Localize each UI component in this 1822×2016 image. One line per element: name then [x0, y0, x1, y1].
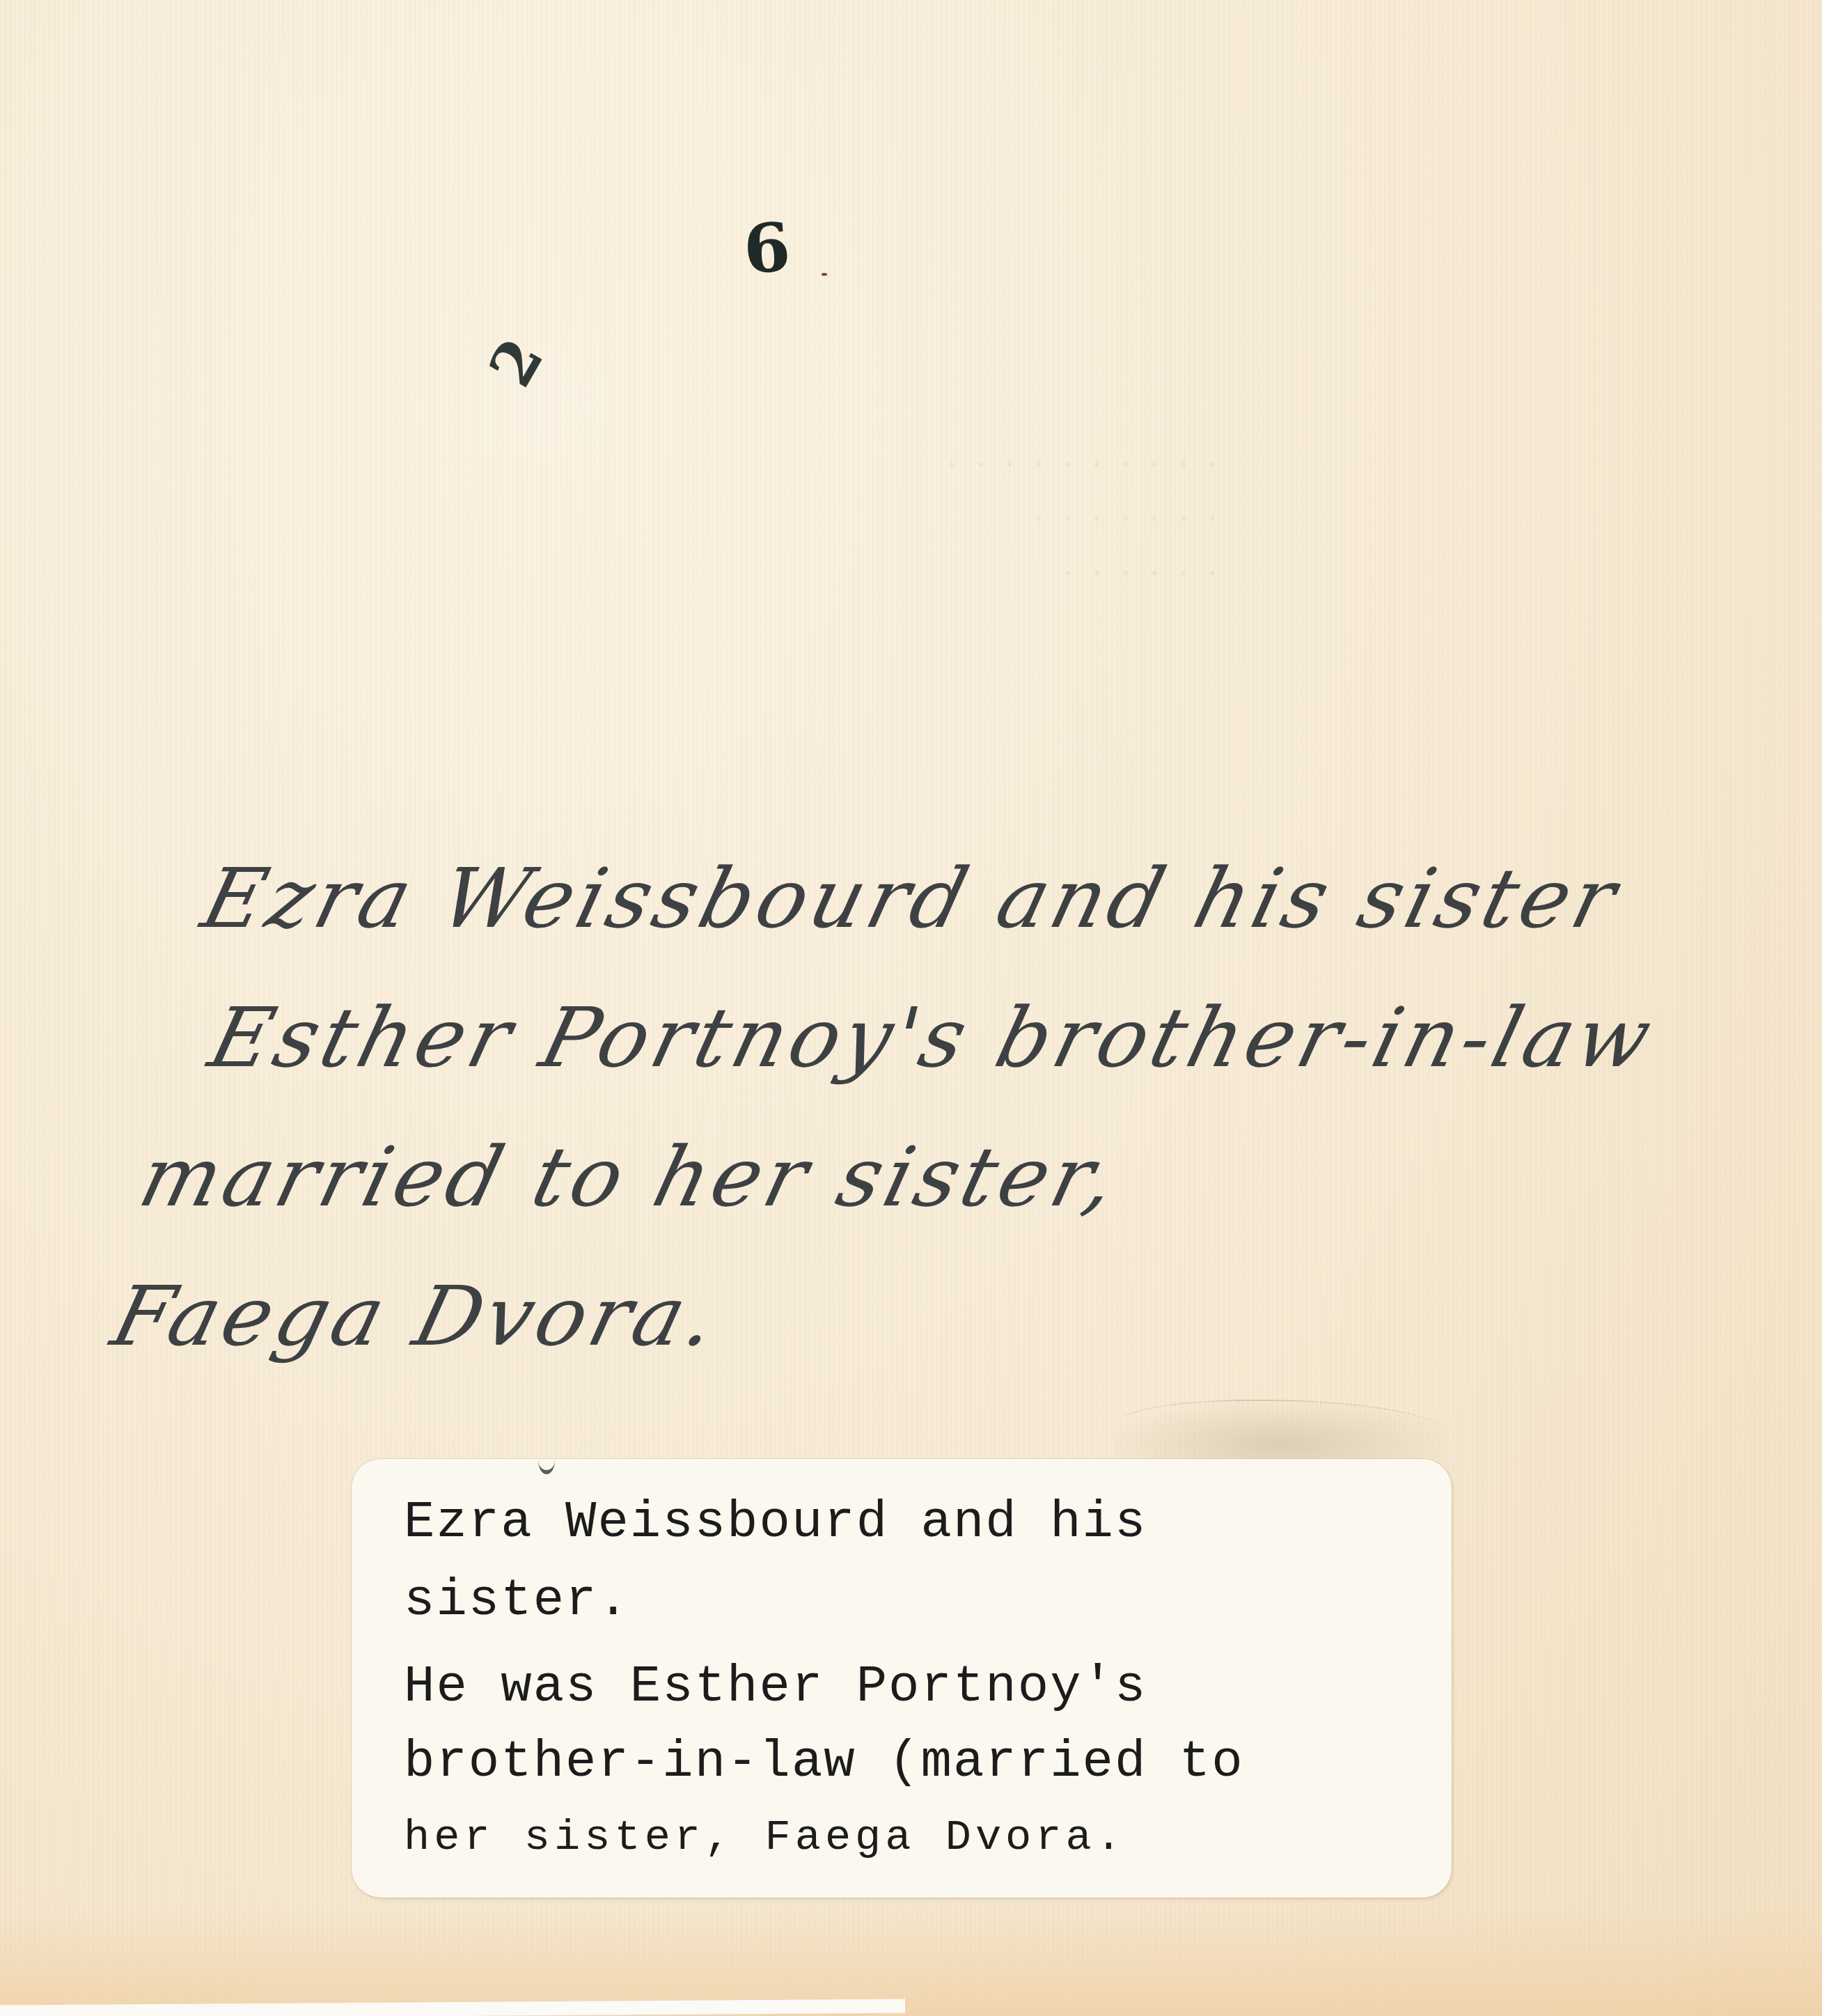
label-line: Ezra Weissbourd and his: [404, 1494, 1147, 1552]
handwritten-note: Ezra Weissbourd and his sister Esther Po…: [77, 829, 1816, 1386]
stamped-number-6: 6: [741, 208, 793, 289]
bleed-through-print: · · · · · · · · · · · · · · · · · · · · …: [801, 439, 1218, 602]
label-line: He was Esther Portnoy's: [404, 1658, 1147, 1717]
cut-off-letter-fragment: [538, 1455, 555, 1474]
bleed-through-line: · · · · · ·: [801, 547, 1218, 602]
bleed-through-line: · · · · · · · · · ·: [801, 439, 1218, 493]
paper-discoloration: [0, 1908, 1822, 2016]
bleed-through-line: · · · · · · ·: [801, 493, 1218, 547]
ink-speck: [822, 273, 827, 276]
handwritten-line: Faega Dvora.: [77, 1247, 1713, 1386]
typed-caption-label: Ezra Weissbourd and his sister. He was E…: [352, 1459, 1452, 1898]
handwritten-line: Ezra Weissbourd and his sister: [181, 829, 1817, 968]
handwritten-line: Esther Portnoy's brother-in-law: [146, 968, 1782, 1107]
handwritten-line: married to her sister,: [111, 1107, 1748, 1247]
label-line: her sister, Faega Dvora.: [404, 1813, 1126, 1862]
label-line: sister.: [404, 1572, 630, 1630]
label-line: brother-in-law (married to: [404, 1733, 1244, 1792]
